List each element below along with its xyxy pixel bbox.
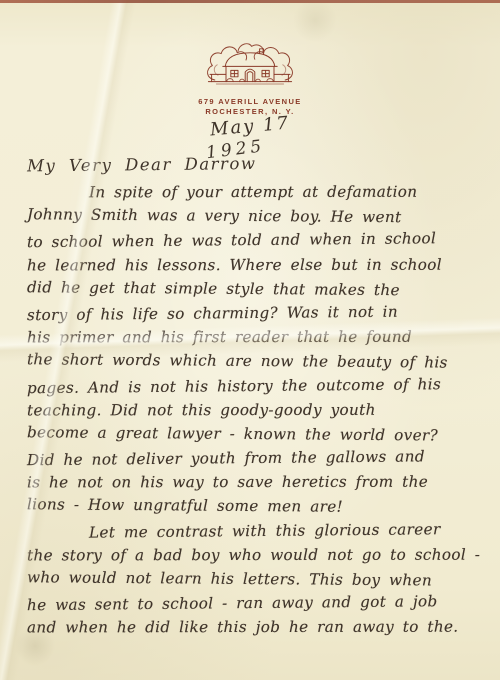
letterhead-address-line1: 679 AVERILL AVENUE (0, 97, 500, 107)
handwritten-line: the short words which are now the beauty… (27, 348, 482, 376)
handwritten-line: to school when he was told and when in s… (27, 226, 482, 255)
handwritten-line: lions - How ungratful some men are! (27, 493, 482, 521)
handwritten-line: he learned his lessons. Where else but i… (27, 252, 482, 277)
handwritten-line: is he not on his way to save heretics fr… (27, 470, 482, 495)
handwritten-line: his primer and his first reader that he … (27, 325, 482, 350)
handwritten-line: Did he not deliver youth from the gallow… (27, 444, 482, 473)
handwritten-line: story of his life so charming? Was it no… (27, 299, 482, 328)
handwritten-line: he was sent to school - ran away and got… (27, 589, 482, 618)
house-with-trees-icon (202, 79, 298, 96)
letter-body: My Very Dear Darrow In spite of your att… (27, 154, 482, 640)
handwritten-line: pages. And is not his history the outcom… (27, 371, 482, 400)
salutation: My Very Dear Darrow (27, 152, 482, 176)
letterhead: 679 AVERILL AVENUE ROCHESTER, N. Y. (0, 36, 500, 117)
handwritten-line: the story of a bad boy who would not go … (27, 542, 482, 567)
handwritten-line: In spite of your attempt at defamation (27, 180, 482, 205)
handwritten-line: and when he did like this job he ran awa… (27, 615, 482, 640)
letter-page: 679 AVERILL AVENUE ROCHESTER, N. Y. May … (0, 0, 500, 680)
handwritten-line: teaching. Did not this goody-goody youth (27, 397, 482, 422)
handwritten-line: Let me contrast with this glorious caree… (27, 516, 482, 545)
